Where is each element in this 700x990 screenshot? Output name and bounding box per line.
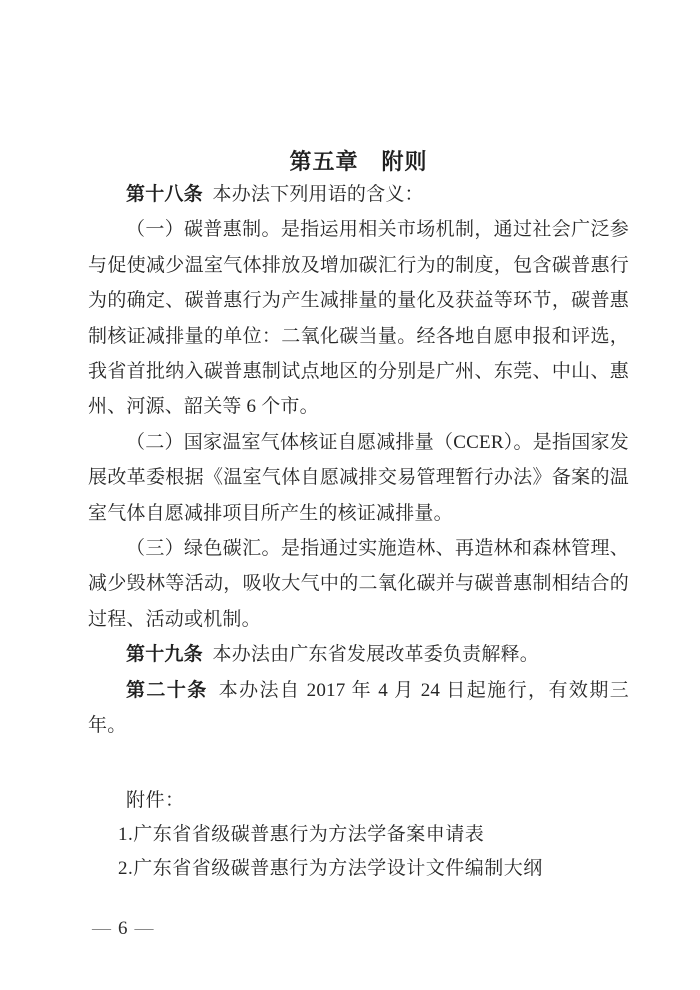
page-number-dash-right: — (135, 918, 154, 939)
attachment-item-2: 2.广东省省级碳普惠行为方法学设计文件编制大纲 (88, 852, 629, 887)
attachment-item-1: 1.广东省省级碳普惠行为方法学备案申请表 (88, 818, 629, 853)
attachments-label: 附件： (88, 784, 629, 818)
article-19-text: 本办法由广东省发展改革委负责解释。 (213, 644, 539, 665)
definition-3-paragraph: （三）绿色碳汇。是指通过实施造林、再造林和森林管理、减少毁林等活动，吸收大气中的… (88, 531, 629, 637)
document-page: 第五章 附则 第十八条本办法下列用语的含义： （一）碳普惠制。是指运用相关市场机… (0, 0, 700, 990)
chapter-title: 第五章 附则 (88, 148, 629, 176)
definition-1-text: （一）碳普惠制。是指运用相关市场机制，通过社会广泛参与促使减少温室气体排放及增加… (88, 219, 629, 417)
article-20-term: 第二十条 (126, 680, 217, 701)
definition-3-text: （三）绿色碳汇。是指通过实施造林、再造林和森林管理、减少毁林等活动，吸收大气中的… (88, 538, 629, 630)
article-20-paragraph: 第二十条本办法自 2017 年 4 月 24 日起施行，有效期三年。 (88, 673, 629, 744)
document-body: 第十八条本办法下列用语的含义： （一）碳普惠制。是指运用相关市场机制，通过社会广… (88, 177, 629, 744)
article-19-paragraph: 第十九条本办法由广东省发展改革委负责解释。 (88, 637, 629, 672)
page-number-value: 6 (118, 918, 128, 939)
document-content: 第五章 附则 第十八条本办法下列用语的含义： （一）碳普惠制。是指运用相关市场机… (88, 148, 629, 887)
definition-2-paragraph: （二）国家温室气体核证自愿减排量（CCER）。是指国家发展改革委根据《温室气体自… (88, 425, 629, 531)
page-number-dash-left: — (92, 918, 111, 939)
page-number: —6— (92, 916, 154, 942)
definition-1-paragraph: （一）碳普惠制。是指运用相关市场机制，通过社会广泛参与促使减少温室气体排放及增加… (88, 212, 629, 424)
article-18-paragraph: 第十八条本办法下列用语的含义： (88, 177, 629, 212)
article-18-term: 第十八条 (126, 184, 213, 205)
article-19-term: 第十九条 (126, 644, 213, 665)
attachments-section: 附件： 1.广东省省级碳普惠行为方法学备案申请表 2.广东省省级碳普惠行为方法学… (88, 784, 629, 887)
definition-2-text: （二）国家温室气体核证自愿减排量（CCER）。是指国家发展改革委根据《温室气体自… (88, 432, 629, 524)
article-18-text: 本办法下列用语的含义： (213, 184, 424, 205)
